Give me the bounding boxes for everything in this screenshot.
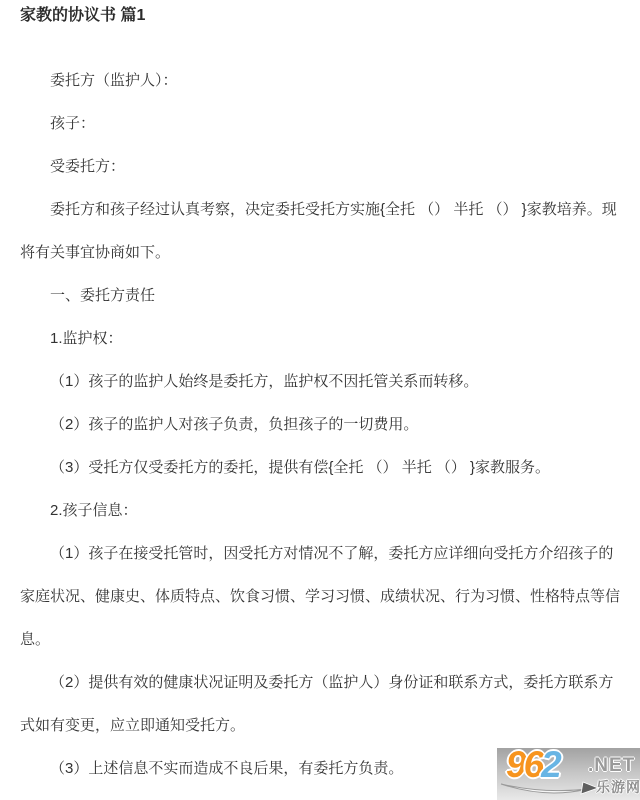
paragraph-line: （1）孩子的监护人始终是委托方，监护权不因托管关系而转移。	[20, 360, 620, 403]
logo-digit: 6	[524, 744, 542, 785]
document-page: 家教的协议书 篇1 委托方（监护人）： 孩子： 受委托方： 委托方和孩子经过认真…	[0, 0, 640, 800]
logo-digit: 2	[541, 744, 559, 785]
paragraph-line: （2）提供有效的健康状况证明及委托方（监护人）身份证和联系方式，委托方联系方式如…	[20, 661, 620, 747]
subsection-heading: 2.孩子信息：	[20, 489, 620, 532]
paragraph-line: 受委托方：	[20, 145, 620, 188]
logo-site-name: 乐游网	[596, 777, 640, 797]
site-watermark-logo: 962 .NET 乐游网	[497, 748, 640, 800]
paragraph-line: 孩子：	[20, 102, 620, 145]
logo-digit: 9	[506, 744, 524, 785]
paragraph-line: （2）孩子的监护人对孩子负责，负担孩子的一切费用。	[20, 403, 620, 446]
paragraph-line: 委托方（监护人）：	[20, 59, 620, 102]
paragraph-line: 委托方和孩子经过认真考察，决定委托受托方实施{全托 （） 半托 （） }家教培养…	[20, 188, 620, 274]
section-heading: 一、委托方责任	[20, 274, 620, 317]
paragraph-line: （3）受托方仅受委托方的委托，提供有偿{全托 （） 半托 （） }家教服务。	[20, 446, 620, 489]
paragraph-line: （1）孩子在接受托管时，因受托方对情况不了解，委托方应详细向受托方介绍孩子的家庭…	[20, 532, 620, 661]
document-body: 委托方（监护人）： 孩子： 受委托方： 委托方和孩子经过认真考察，决定委托受托方…	[20, 59, 620, 790]
swoosh-arrow-icon	[499, 780, 599, 799]
subsection-heading: 1.监护权：	[20, 317, 620, 360]
document-title: 家教的协议书 篇1	[20, 6, 620, 26]
logo-tld: .NET	[588, 755, 635, 777]
